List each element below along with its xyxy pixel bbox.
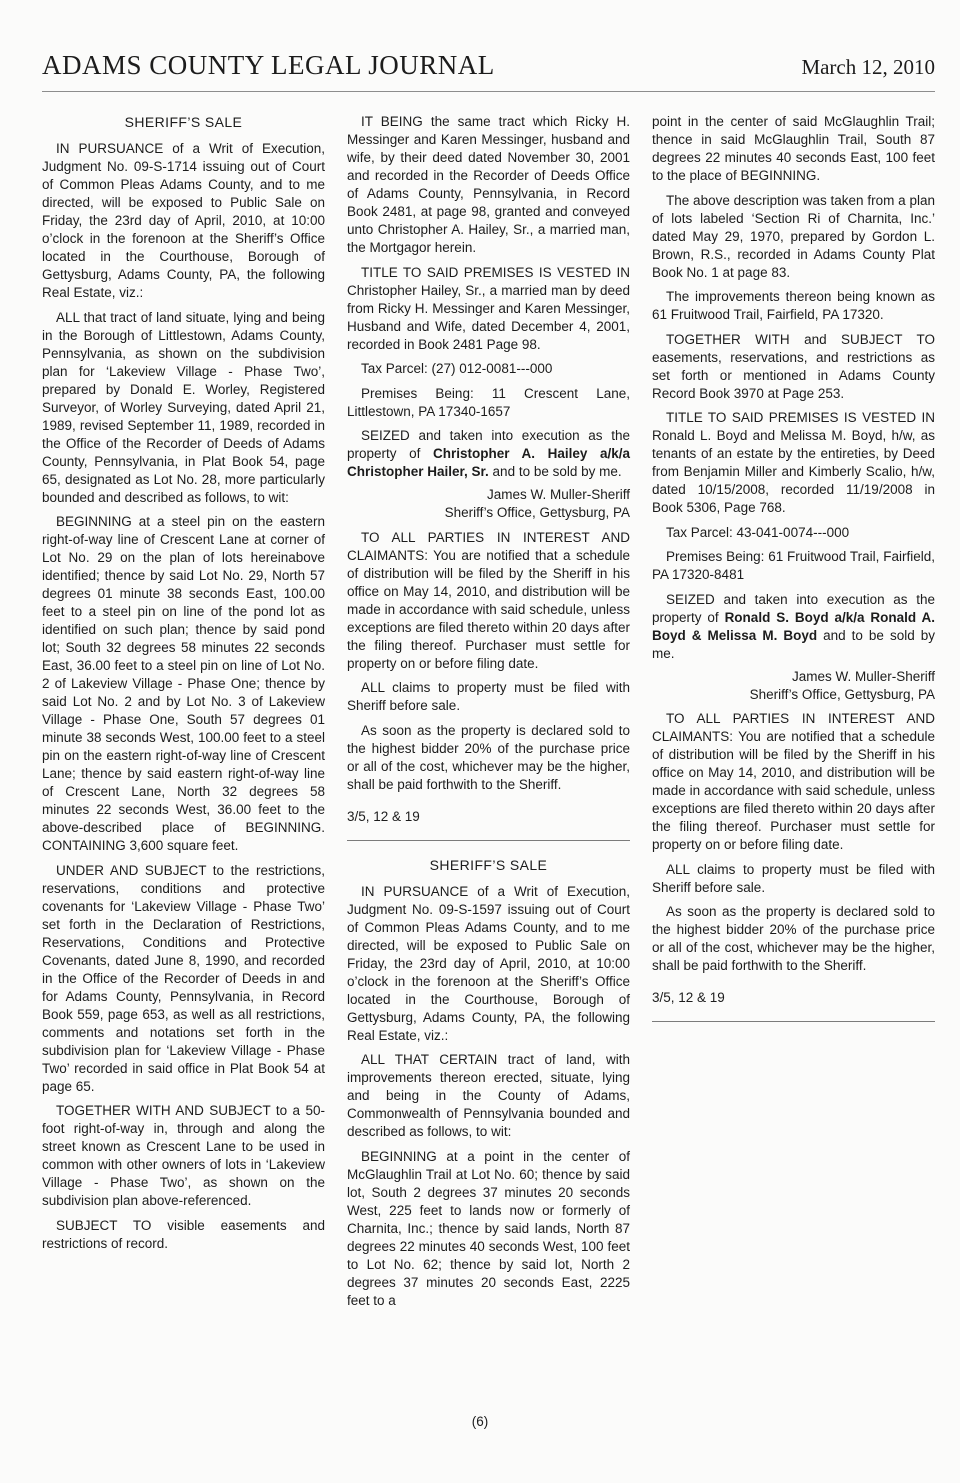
notice1-subject-to: SUBJECT TO visible easements and restric… — [42, 1217, 325, 1253]
notice2-beginning-part2: point in the center of said McGlaughlin … — [652, 113, 935, 185]
notice2-all-claims: ALL claims to property must be filed wit… — [652, 861, 935, 897]
notice2-pursuance: IN PURSUANCE of a Writ of Execution, Jud… — [347, 883, 630, 1045]
content-columns: SHERIFF’S SALE IN PURSUANCE of a Writ of… — [42, 113, 935, 1310]
notice2-to-all-parties: TO ALL PARTIES IN INTEREST AND CLAIMANTS… — [652, 710, 935, 854]
notice2-beginning-part1: BEGINNING at a point in the center of Mc… — [347, 1148, 630, 1310]
notice1-run-dates: 3/5, 12 & 19 — [347, 808, 630, 826]
notice2-heading: SHERIFF’S SALE — [347, 856, 630, 874]
column-right: point in the center of said McGlaughlin … — [652, 113, 935, 1310]
journal-page: ADAMS COUNTY LEGAL JOURNAL March 12, 201… — [0, 0, 960, 1483]
page-number: (6) — [0, 1414, 960, 1429]
notice1-tract: ALL that tract of land situate, lying an… — [42, 309, 325, 507]
notice2-description: The above description was taken from a p… — [652, 192, 935, 282]
notice1-title-vested: TITLE TO SAID PREMISES IS VESTED IN Chri… — [347, 264, 630, 354]
notice1-under-subject: UNDER AND SUBJECT to the restrictions, r… — [42, 862, 325, 1096]
masthead-rule — [42, 91, 935, 92]
notice1-heading: SHERIFF’S SALE — [42, 113, 325, 131]
notice1-it-being: IT BEING the same tract which Ricky H. M… — [347, 113, 630, 257]
notice1-premises: Premises Being: 11 Crescent Lane, Little… — [347, 385, 630, 421]
notice2-as-soon: As soon as the property is declared sold… — [652, 903, 935, 975]
notice1-sheriff-name: James W. Muller-Sheriff — [347, 486, 630, 504]
notice-divider — [347, 840, 630, 841]
notice1-beginning: BEGINNING at a steel pin on the eastern … — [42, 513, 325, 855]
notice2-run-dates: 3/5, 12 & 19 — [652, 989, 935, 1007]
notice2-together: TOGETHER WITH and SUBJECT TO easements, … — [652, 331, 935, 403]
notice1-sheriff-office: Sheriff’s Office, Gettysburg, PA — [347, 504, 630, 522]
notice2-sheriff-name: James W. Muller-Sheriff — [652, 668, 935, 686]
notice1-as-soon: As soon as the property is declared sold… — [347, 722, 630, 794]
notice1-all-claims: ALL claims to property must be filed wit… — [347, 679, 630, 715]
notice2-improvements: The improvements thereon being known as … — [652, 288, 935, 324]
notice2-title-vested: TITLE TO SAID PREMISES IS VESTED IN Rona… — [652, 409, 935, 517]
notice1-together: TOGETHER WITH AND SUBJECT to a 50-foot r… — [42, 1102, 325, 1210]
notice2-sheriff-office: Sheriff’s Office, Gettysburg, PA — [652, 686, 935, 704]
notice1-tax-parcel: Tax Parcel: (27) 012-0081---000 — [347, 360, 630, 378]
notice2-tax-parcel: Tax Parcel: 43-041-0074---000 — [652, 524, 935, 542]
notice2-tract: ALL THAT CERTAIN tract of land, with imp… — [347, 1051, 630, 1141]
issue-date: March 12, 2010 — [801, 55, 935, 80]
column-middle: IT BEING the same tract which Ricky H. M… — [347, 113, 630, 1310]
masthead: ADAMS COUNTY LEGAL JOURNAL March 12, 201… — [42, 50, 935, 81]
journal-title: ADAMS COUNTY LEGAL JOURNAL — [42, 50, 495, 81]
notice1-to-all-parties: TO ALL PARTIES IN INTEREST AND CLAIMANTS… — [347, 529, 630, 673]
notice1-pursuance: IN PURSUANCE of a Writ of Execution, Jud… — [42, 140, 325, 302]
column-left: SHERIFF’S SALE IN PURSUANCE of a Writ of… — [42, 113, 325, 1310]
notice-divider — [652, 1021, 935, 1022]
notice1-seized-post: and to be sold by me. — [489, 464, 622, 479]
notice2-seized: SEIZED and taken into execution as the p… — [652, 591, 935, 663]
notice1-seized: SEIZED and taken into execution as the p… — [347, 427, 630, 481]
notice2-premises: Premises Being: 61 Fruitwood Trail, Fair… — [652, 548, 935, 584]
